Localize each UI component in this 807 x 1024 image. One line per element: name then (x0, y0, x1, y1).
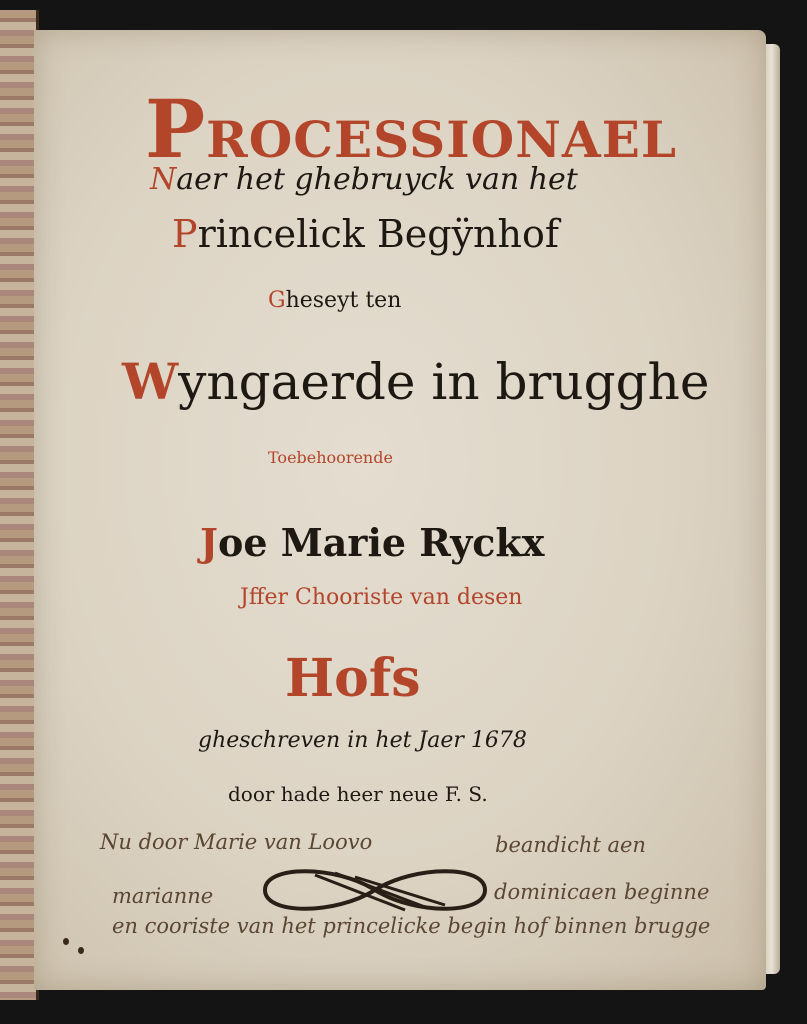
scribe-line: door hade heer neue F. S. (228, 782, 488, 806)
page-fore-edge (766, 44, 780, 974)
inscription-line-2-left: marianne (112, 884, 213, 908)
owner-name: Joe Marie Ryckx (200, 520, 544, 565)
line-text: aer het ghebruyck van het (176, 162, 578, 197)
inscription-line-1-left: Nu door Marie van Loovo (100, 830, 372, 854)
worm-hole (63, 938, 69, 945)
rubric-initial: P (172, 212, 198, 256)
rubric-initial: H (285, 648, 334, 709)
calligraphic-flourish-icon (255, 855, 495, 925)
subtitle-line-1: Naer het ghebruyck van het (150, 162, 578, 197)
line-text: yngaerde in brugghe (178, 353, 709, 411)
line-text: heseyt ten (286, 288, 402, 313)
worm-hole (78, 947, 84, 954)
line-text: oe Marie Ryckx (218, 520, 544, 565)
inscription-line-2-right: dominicaen beginne (494, 880, 709, 904)
rubric-initial: N (150, 162, 176, 197)
line-text: ffer Chooriste van desen (249, 585, 523, 610)
rubric-initial: J (200, 520, 218, 565)
hofs-word: Hofs (285, 648, 420, 709)
line-text: rincelick Begÿnhof (198, 212, 559, 256)
inscription-line-1-right: beandicht aen (495, 833, 646, 857)
subtitle-line-2: Princelick Begÿnhof (172, 212, 559, 256)
ownership-label: Toebehoorende (268, 448, 393, 467)
owner-role: Jffer Chooriste van desen (240, 585, 522, 610)
rubric-initial: G (268, 288, 286, 313)
subtitle-line-3: Gheseyt ten (268, 288, 401, 313)
date-line: gheschreven in het Jaer 1678 (198, 728, 527, 753)
line-text: ofs (334, 648, 420, 709)
rubric-initial: W (122, 352, 178, 411)
title-rest: ROCESSIONAEL (206, 110, 677, 169)
rubric-initial: J (240, 585, 249, 610)
subtitle-line-4: Wyngaerde in brugghe (122, 352, 709, 411)
